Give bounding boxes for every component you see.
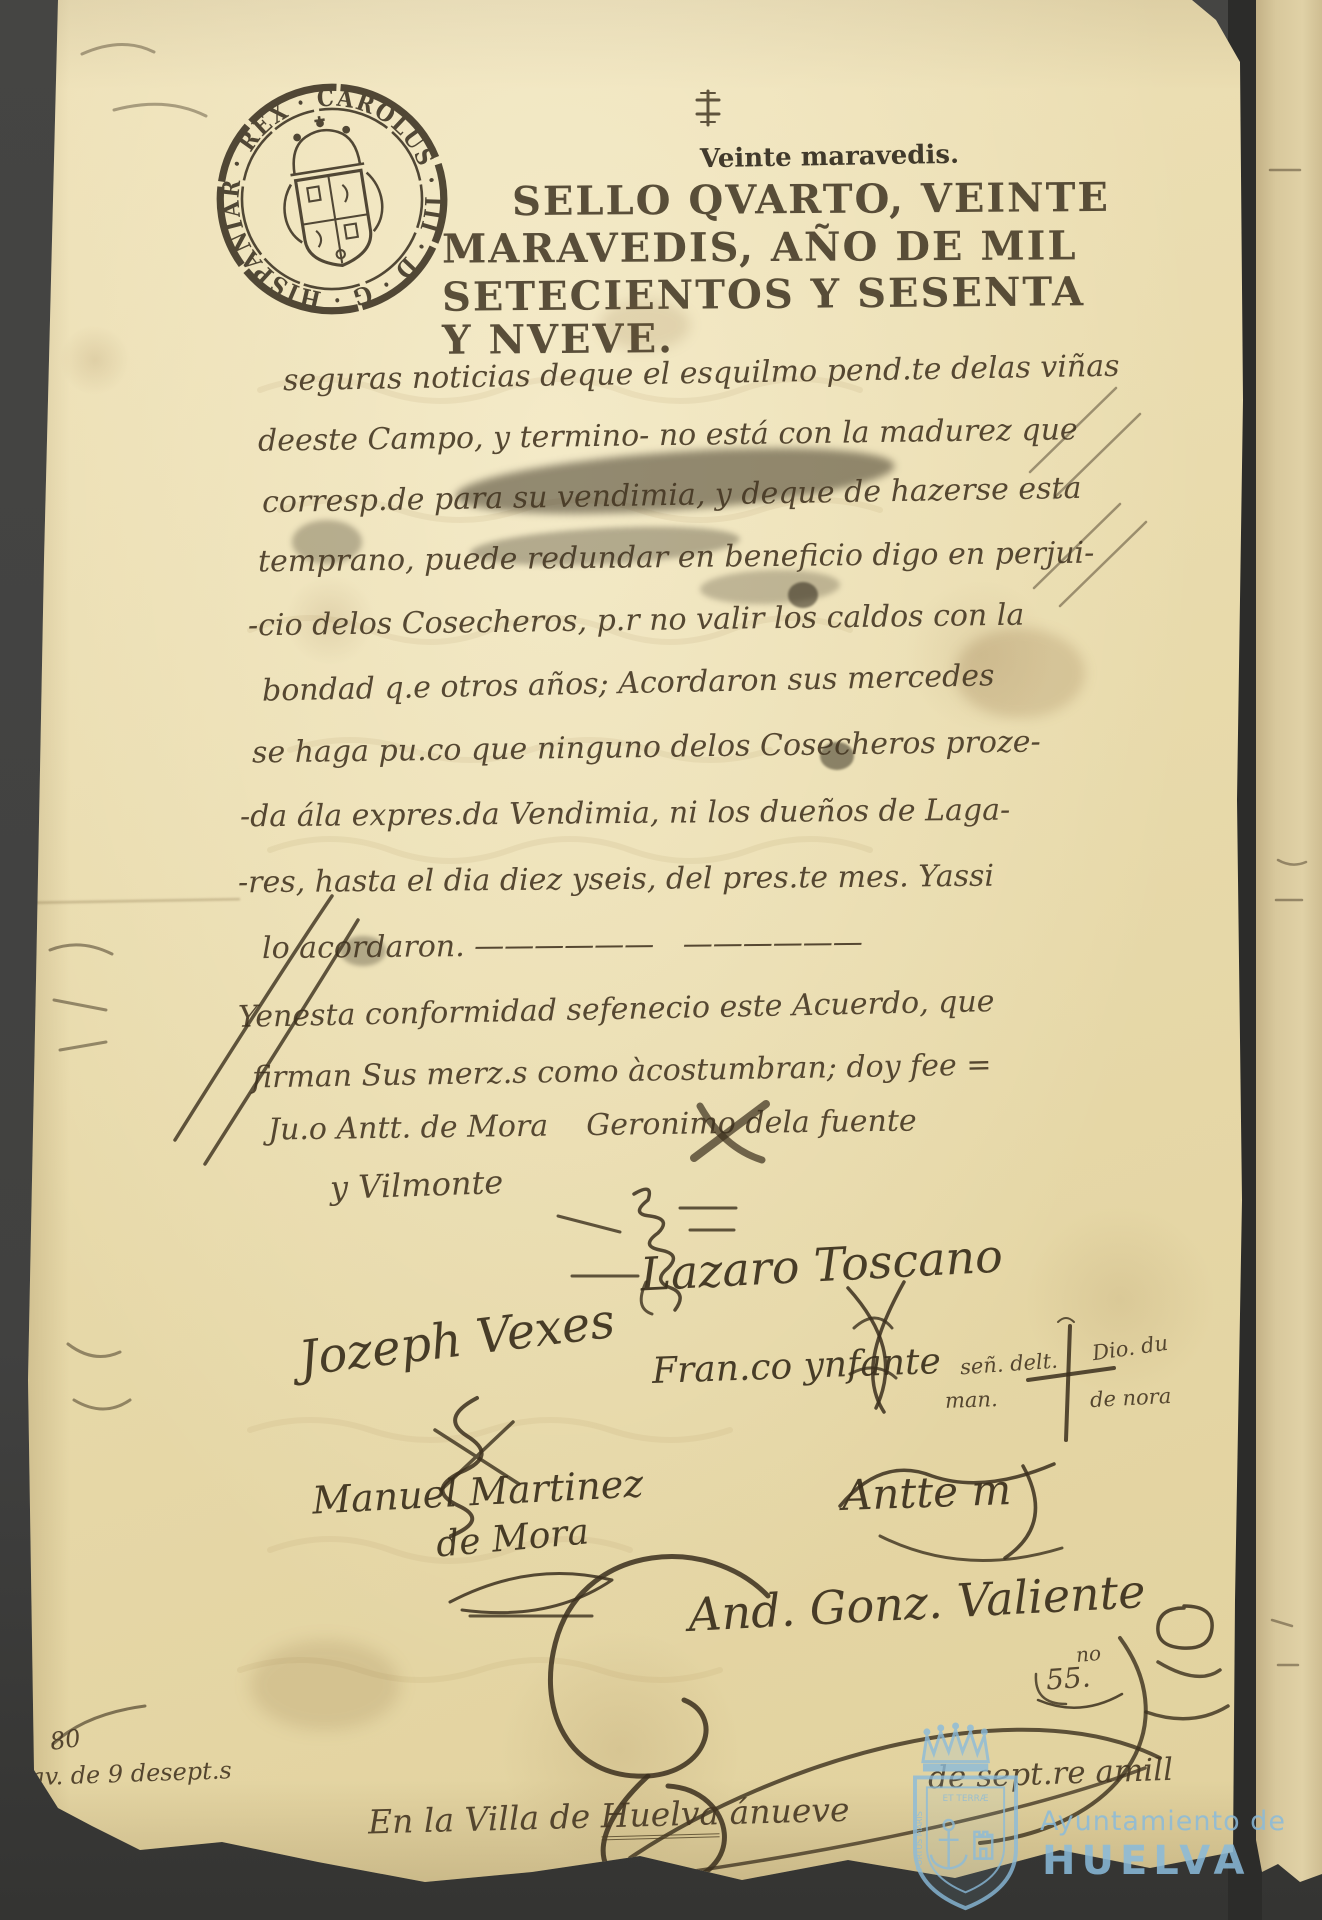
paper-stain-2 (250, 1640, 400, 1730)
margin-marks-top-left (72, 28, 214, 160)
adjacent-page-ink-marks (1258, 100, 1322, 1800)
margin-marks-left-middle (38, 928, 130, 1090)
printer-cross-ornament-icon (692, 88, 724, 128)
footer-place-line: En la Villa de Huelva ánueve (304, 1751, 851, 1882)
double-slash-flourish (150, 878, 380, 1168)
crest-motto-left: PORTUS MARIS (915, 1811, 924, 1870)
printed-heading-line-1: SELLO QVARTO, VEINTE (512, 174, 1110, 225)
tax-line: Veinte maravedis. (700, 140, 959, 175)
folio-number: 55. (1045, 1660, 1092, 1696)
margin-marks-left-lower (58, 1328, 140, 1450)
witness-note-4: de nora (1089, 1384, 1171, 1412)
signature-vexes: Jozeph Vexes (296, 1293, 618, 1387)
handwritten-line-14: y Vilmonte (329, 1163, 504, 1207)
archival-document-scan: Veinte maravedis. SELLO QVARTO, VEINTE M… (0, 0, 1322, 1920)
witness-note-2: man. (945, 1387, 998, 1413)
paper-stain-3 (600, 300, 690, 350)
witness-cross-icon (1016, 1316, 1118, 1448)
strike-blot (688, 1098, 778, 1168)
manuscript-page: Veinte maravedis. SELLO QVARTO, VEINTE M… (0, 0, 1322, 1920)
watermark-organization: Ayuntamiento de (1040, 1806, 1286, 1837)
footer-left-top-note: 80 (48, 1724, 82, 1756)
footer-place-post: ánueve (719, 1790, 850, 1832)
printed-heading-line-2: MARAVEDIS, AÑO DE MIL (442, 222, 1078, 272)
footer-place-name: Huelva (600, 1793, 720, 1840)
royal-seal-stamp: CAROLUS · III · D · G · HISPANIAR · REX … (213, 80, 451, 318)
footer-place-pre: En la Villa de (368, 1796, 602, 1841)
printed-heading-line-3: SETECIENTOS Y SESENTA (442, 268, 1085, 321)
signature-paraph: Antte m (841, 1465, 1012, 1520)
footer-left-note: Cav. de 9 desept.s (12, 1756, 233, 1792)
huelva-crest-icon: ET TERRÆ PORTUS MARIS (898, 1722, 1033, 1920)
watermark-city: HUELVA (1042, 1838, 1250, 1884)
handwritten-line-8: -da ála expres.da Vendimia, ni los dueño… (240, 793, 1010, 835)
crest-motto-top: ET TERRÆ (942, 1794, 988, 1804)
